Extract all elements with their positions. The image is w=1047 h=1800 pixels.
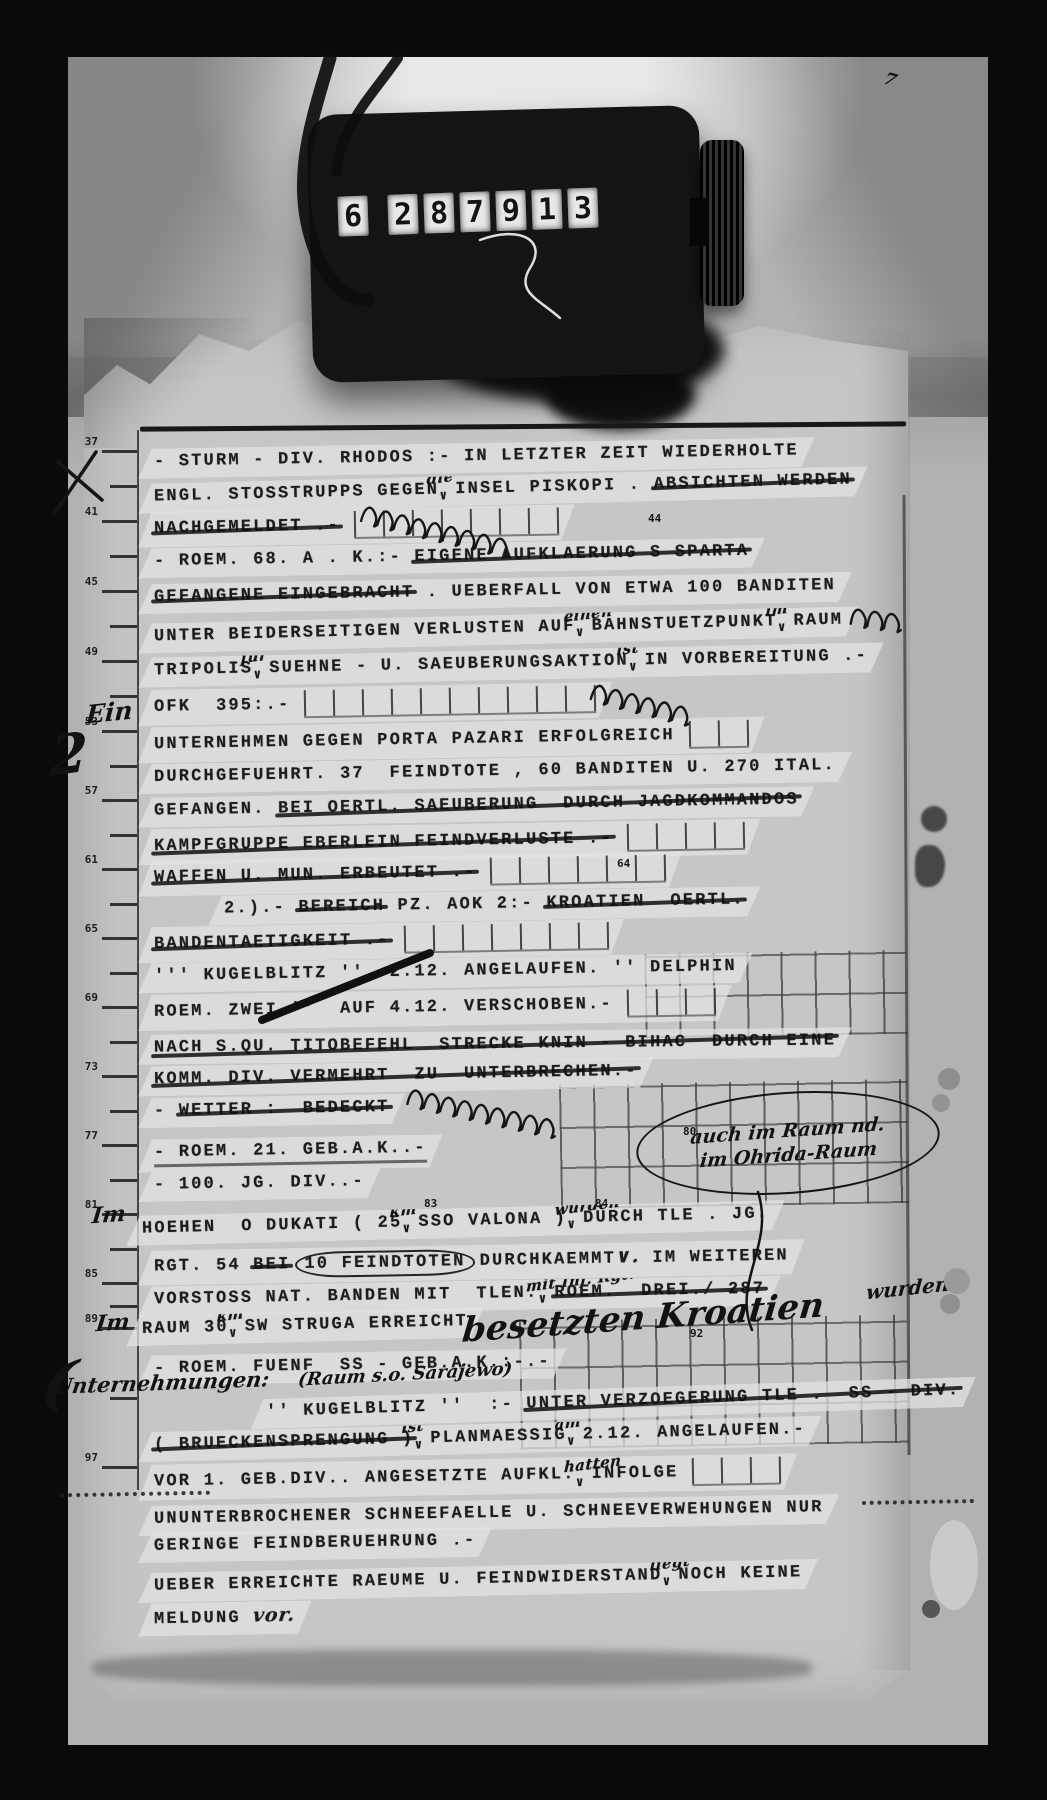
margin-tick (102, 450, 137, 453)
frame-counter-device (307, 105, 706, 383)
grid-cell (718, 720, 749, 747)
typed-text: IN VORBEREITUNG .- (645, 646, 869, 673)
counter-digit: 7 (459, 191, 490, 232)
grid-cells (490, 855, 666, 886)
grid-cell (490, 924, 519, 951)
struck-text: KOMM. DIV. VERMEHRT ZU UNTERBRECHEN.- (154, 1061, 638, 1091)
inserted-word: ist (629, 652, 645, 672)
typed-line: NACHGEMELDET .- (138, 504, 576, 548)
typed-text: - ROEM. 68. A . K.:- (154, 547, 402, 573)
margin-line-number: 73 (72, 1060, 98, 1073)
film-blemish (938, 1068, 960, 1090)
typed-line: - WETTER : BEDECKT (138, 1094, 406, 1129)
counter-digit: 1 (531, 189, 562, 230)
margin-line-number: 57 (72, 784, 98, 797)
margin-tick (102, 799, 137, 802)
grid-cell-number: 83 (424, 1197, 437, 1210)
grid-cell (692, 1458, 721, 1485)
grid-cell (499, 508, 528, 535)
struck-text: BEI (253, 1254, 291, 1277)
margin-tick-minor (110, 1248, 137, 1251)
typed-text: RGT. 54 (154, 1255, 254, 1279)
margin-tick (102, 1466, 137, 1469)
typed-line: - 100. JG. DIV..- (138, 1168, 381, 1202)
handwriting-note: 2 (49, 719, 88, 789)
grid-cell (490, 857, 519, 884)
typed-text: . UEBERFALL VON ETWA 100 BANDITEN (414, 575, 836, 604)
margin-line-number: 45 (72, 575, 98, 588)
grid-cell (577, 922, 608, 949)
grid-cells (689, 720, 749, 749)
typed-text: - (154, 1101, 179, 1123)
counter-digit: 9 (495, 190, 526, 231)
grid-cell-number: 92 (690, 1327, 703, 1340)
margin-tick (102, 1282, 137, 1285)
grid-cell (536, 686, 565, 713)
handwritten-inline: ∨. (615, 1245, 642, 1267)
struck-text: WAFFEN U. MUN. ERBEUTET .- (154, 862, 477, 890)
paper-bottom-shadow (92, 1650, 812, 1686)
inserted-word: km (402, 1214, 418, 1234)
grid-cell (528, 507, 559, 534)
typed-text: OFK 395:.- (154, 695, 291, 719)
margin-tick-minor (110, 1305, 137, 1308)
margin-tick (102, 1144, 137, 1147)
typed-text: GEFANGEN. (154, 798, 278, 822)
grid-cell (362, 689, 391, 716)
grid-cell (548, 923, 577, 950)
typed-text: GERINGE FEINDBERUEHRUNG .- (154, 1530, 477, 1558)
margin-line-number: 85 (72, 1267, 98, 1280)
struck-text: NACH S.QU. TITOBEFEHL STRECKE KNIN - BIH… (154, 1030, 836, 1059)
margin-line-number: 65 (72, 922, 98, 935)
margin-tick (102, 937, 137, 940)
grid-cell (441, 509, 470, 536)
inserted-word: am (567, 1426, 583, 1446)
inserted-word: hatten (576, 1468, 592, 1488)
margin-line-number: 77 (72, 1129, 98, 1142)
film-frame: 6287913 374145495357616569737781858997 -… (0, 0, 1047, 1800)
margin-tick-minor (110, 834, 137, 837)
struck-text: ABSICHTEN WERDEN (653, 469, 852, 496)
inserted-word: für (253, 660, 269, 680)
grid-cell (519, 923, 548, 950)
grid-cell (461, 924, 490, 951)
film-blemish (940, 1294, 960, 1314)
typed-line: MELDUNG vor. (138, 1600, 312, 1636)
grid-cell (403, 925, 432, 952)
margin-tick (102, 590, 137, 593)
struck-text: BANDENTAETIGKEIT .- (154, 930, 390, 956)
typed-text: ENGL. STOSSTRUPPS GEGEN (154, 480, 440, 509)
typed-text: INSEL PISKOPI . (455, 475, 642, 502)
typed-text: SSO VALONA ) (418, 1208, 567, 1234)
grid-cell (577, 856, 606, 883)
grid-cell (412, 510, 441, 537)
margin-tick-minor (110, 625, 137, 628)
margin-line-number: 97 (72, 1451, 98, 1464)
grid-cell-number: 84 (595, 1197, 608, 1210)
grid-cell (391, 688, 420, 715)
typed-text: 10 FEINDTOTEN (295, 1249, 475, 1278)
inserted-word: die (439, 481, 455, 501)
margin-tick (102, 1075, 137, 1078)
margin-tick-minor (110, 765, 137, 768)
counter-digit: 2 (387, 194, 418, 235)
margin-tick-minor (110, 972, 137, 975)
margin-tick (102, 1006, 137, 1009)
margin-tick-minor (110, 1110, 137, 1113)
film-blemish (944, 1268, 970, 1294)
grid-cell (685, 988, 716, 1015)
margin-tick (102, 730, 137, 733)
struck-text: ( BRUECKENSPRENGUNG ) (154, 1429, 415, 1457)
grid-cell (304, 690, 333, 717)
margin-line-number: 89 (72, 1312, 98, 1325)
grid-cells (354, 507, 559, 539)
typed-text: UNTERNEHMEN GEGEN PORTA PAZARI ERFOLGREI… (154, 726, 675, 757)
grid-cell (714, 822, 745, 849)
typed-text (402, 547, 415, 569)
counter-digit: 8 (423, 193, 454, 234)
grid-cell (750, 1457, 781, 1484)
typed-text: SW STRUGA ERREICHT (245, 1311, 469, 1338)
typed-text: SUEHNE - U. SAEUBERUNGSAKTION (269, 651, 629, 681)
grid-cell-number: 64 (617, 857, 630, 870)
typed-text: RAUM (793, 610, 843, 633)
typed-text: 2.).- (224, 897, 299, 920)
grid-cell (548, 856, 577, 883)
counter-axle (690, 198, 708, 246)
margin-tick (102, 520, 137, 523)
typed-text: - ROEM. 21. GEB.A.K..- (154, 1138, 427, 1168)
grid-cell (689, 720, 718, 747)
margin-tick-minor (110, 555, 137, 558)
inserted-word: ist (414, 1430, 430, 1450)
inserted-word: wurden (567, 1210, 583, 1230)
margin-line-number: 61 (72, 853, 98, 866)
margin-tick-minor (110, 1179, 137, 1182)
struck-text: WETTER : BEDECKT (179, 1097, 390, 1123)
inserted-word: im (777, 613, 793, 633)
grid-cell (449, 687, 478, 714)
typed-text: 2.12. ANGELAUFEN.- (583, 1419, 807, 1446)
typed-text: PZ. AOK 2:- (385, 893, 547, 918)
handwritten-inline: vor. (252, 1604, 297, 1627)
grid-cell (627, 989, 656, 1016)
typed-text: - 100. JG. DIV..- (154, 1171, 365, 1197)
typed-text: PLANMAESSIG (430, 1425, 567, 1450)
counter-digit: 3 (567, 188, 598, 229)
grid-cell (478, 687, 507, 714)
typed-line: - ROEM. 21. GEB.A.K..- (138, 1134, 443, 1172)
margin-tick-minor (110, 485, 137, 488)
grid-cell (627, 823, 656, 850)
typed-text: DURCHKAEMMT (479, 1248, 616, 1272)
grid-cell (507, 686, 536, 713)
typed-text: ROEM. ZWEI.'' (154, 1000, 316, 1025)
typed-text: MELDUNG (154, 1608, 254, 1632)
struck-text: NACHGEMELDET .- (154, 516, 340, 541)
struck-text: GEFANGENE EINGEBRACHT (154, 582, 415, 609)
margin-tick (102, 660, 137, 663)
grid-cells (627, 822, 745, 852)
grid-cell (565, 685, 596, 712)
grid-cell (721, 1457, 750, 1484)
grid-cells (627, 988, 716, 1018)
typed-line: GERINGE FEINDBERUEHRUNG .- (138, 1527, 493, 1563)
struck-text: BEREICH (298, 896, 385, 920)
typed-text: ''' KUGELBLITZ '' (154, 962, 365, 988)
film-blemish-light (930, 1520, 978, 1610)
grid-cell (519, 857, 548, 884)
inserted-word: liegt (662, 1567, 678, 1587)
handwriting-note: Im (95, 1309, 131, 1338)
typed-text: BAHNSTUETZPUNKT (591, 611, 778, 638)
grid-cells (304, 685, 596, 718)
margin-line-number: 41 (72, 505, 98, 518)
typed-text: 2.12. ANGELAUFEN. '' DELPHIN (365, 956, 737, 984)
margin-tick-minor (110, 1041, 137, 1044)
grid-cell (383, 510, 412, 537)
typed-text: VOR 1. GEB.DIV.. ANGESETZTE AUFKL. (154, 1465, 576, 1494)
margin-line-number: 49 (72, 645, 98, 658)
inserted-word: km (229, 1318, 245, 1338)
typed-text: IM WEITEREN (640, 1245, 789, 1270)
typed-text: '' KUGELBLITZ '' (266, 1396, 465, 1424)
struck-text: EIGENE AUFKLAERUNG S SPARTA (414, 541, 749, 569)
margin-tick (102, 868, 137, 871)
grid-cell (656, 823, 685, 850)
grid-cell (685, 822, 714, 849)
grid-cell (635, 855, 666, 882)
struck-text: KROATIEN OERTL. (546, 889, 745, 914)
film-blemish-dark (922, 1600, 940, 1618)
inserted-word: einen (575, 618, 591, 638)
grid-cell (470, 509, 499, 536)
grid-cell-number: 44 (648, 512, 661, 525)
counter-digit: 6 (337, 196, 368, 237)
typed-text: TRIPOLIS (154, 658, 254, 682)
typed-text: VORSTOSS NAT. BANDEN MIT TLEN. (154, 1283, 539, 1312)
typed-text: :- (464, 1394, 527, 1418)
typed-text: NOCH KEINE (678, 1562, 802, 1587)
typed-text: HOEHEN O DUKATI ( 25 (142, 1212, 403, 1240)
typed-text: AUF 4.12. VERSCHOBEN.- (315, 994, 613, 1021)
handwriting-note: Im (91, 1201, 127, 1230)
margin-tick-minor (110, 1397, 137, 1400)
grid-cell (354, 511, 383, 538)
handwriting-note: Ein (85, 695, 134, 729)
grid-cell (656, 989, 685, 1016)
grid-cell (333, 689, 362, 716)
grid-cells (692, 1457, 781, 1487)
grid-cell (432, 925, 461, 952)
grid-cell (420, 688, 449, 715)
punch-hole (921, 806, 947, 832)
grid-cells (403, 922, 608, 954)
margin-line-number: 37 (72, 435, 98, 448)
film-blemish (932, 1094, 950, 1112)
margin-tick-minor (110, 903, 137, 906)
margin-line-number: 69 (72, 991, 98, 1004)
